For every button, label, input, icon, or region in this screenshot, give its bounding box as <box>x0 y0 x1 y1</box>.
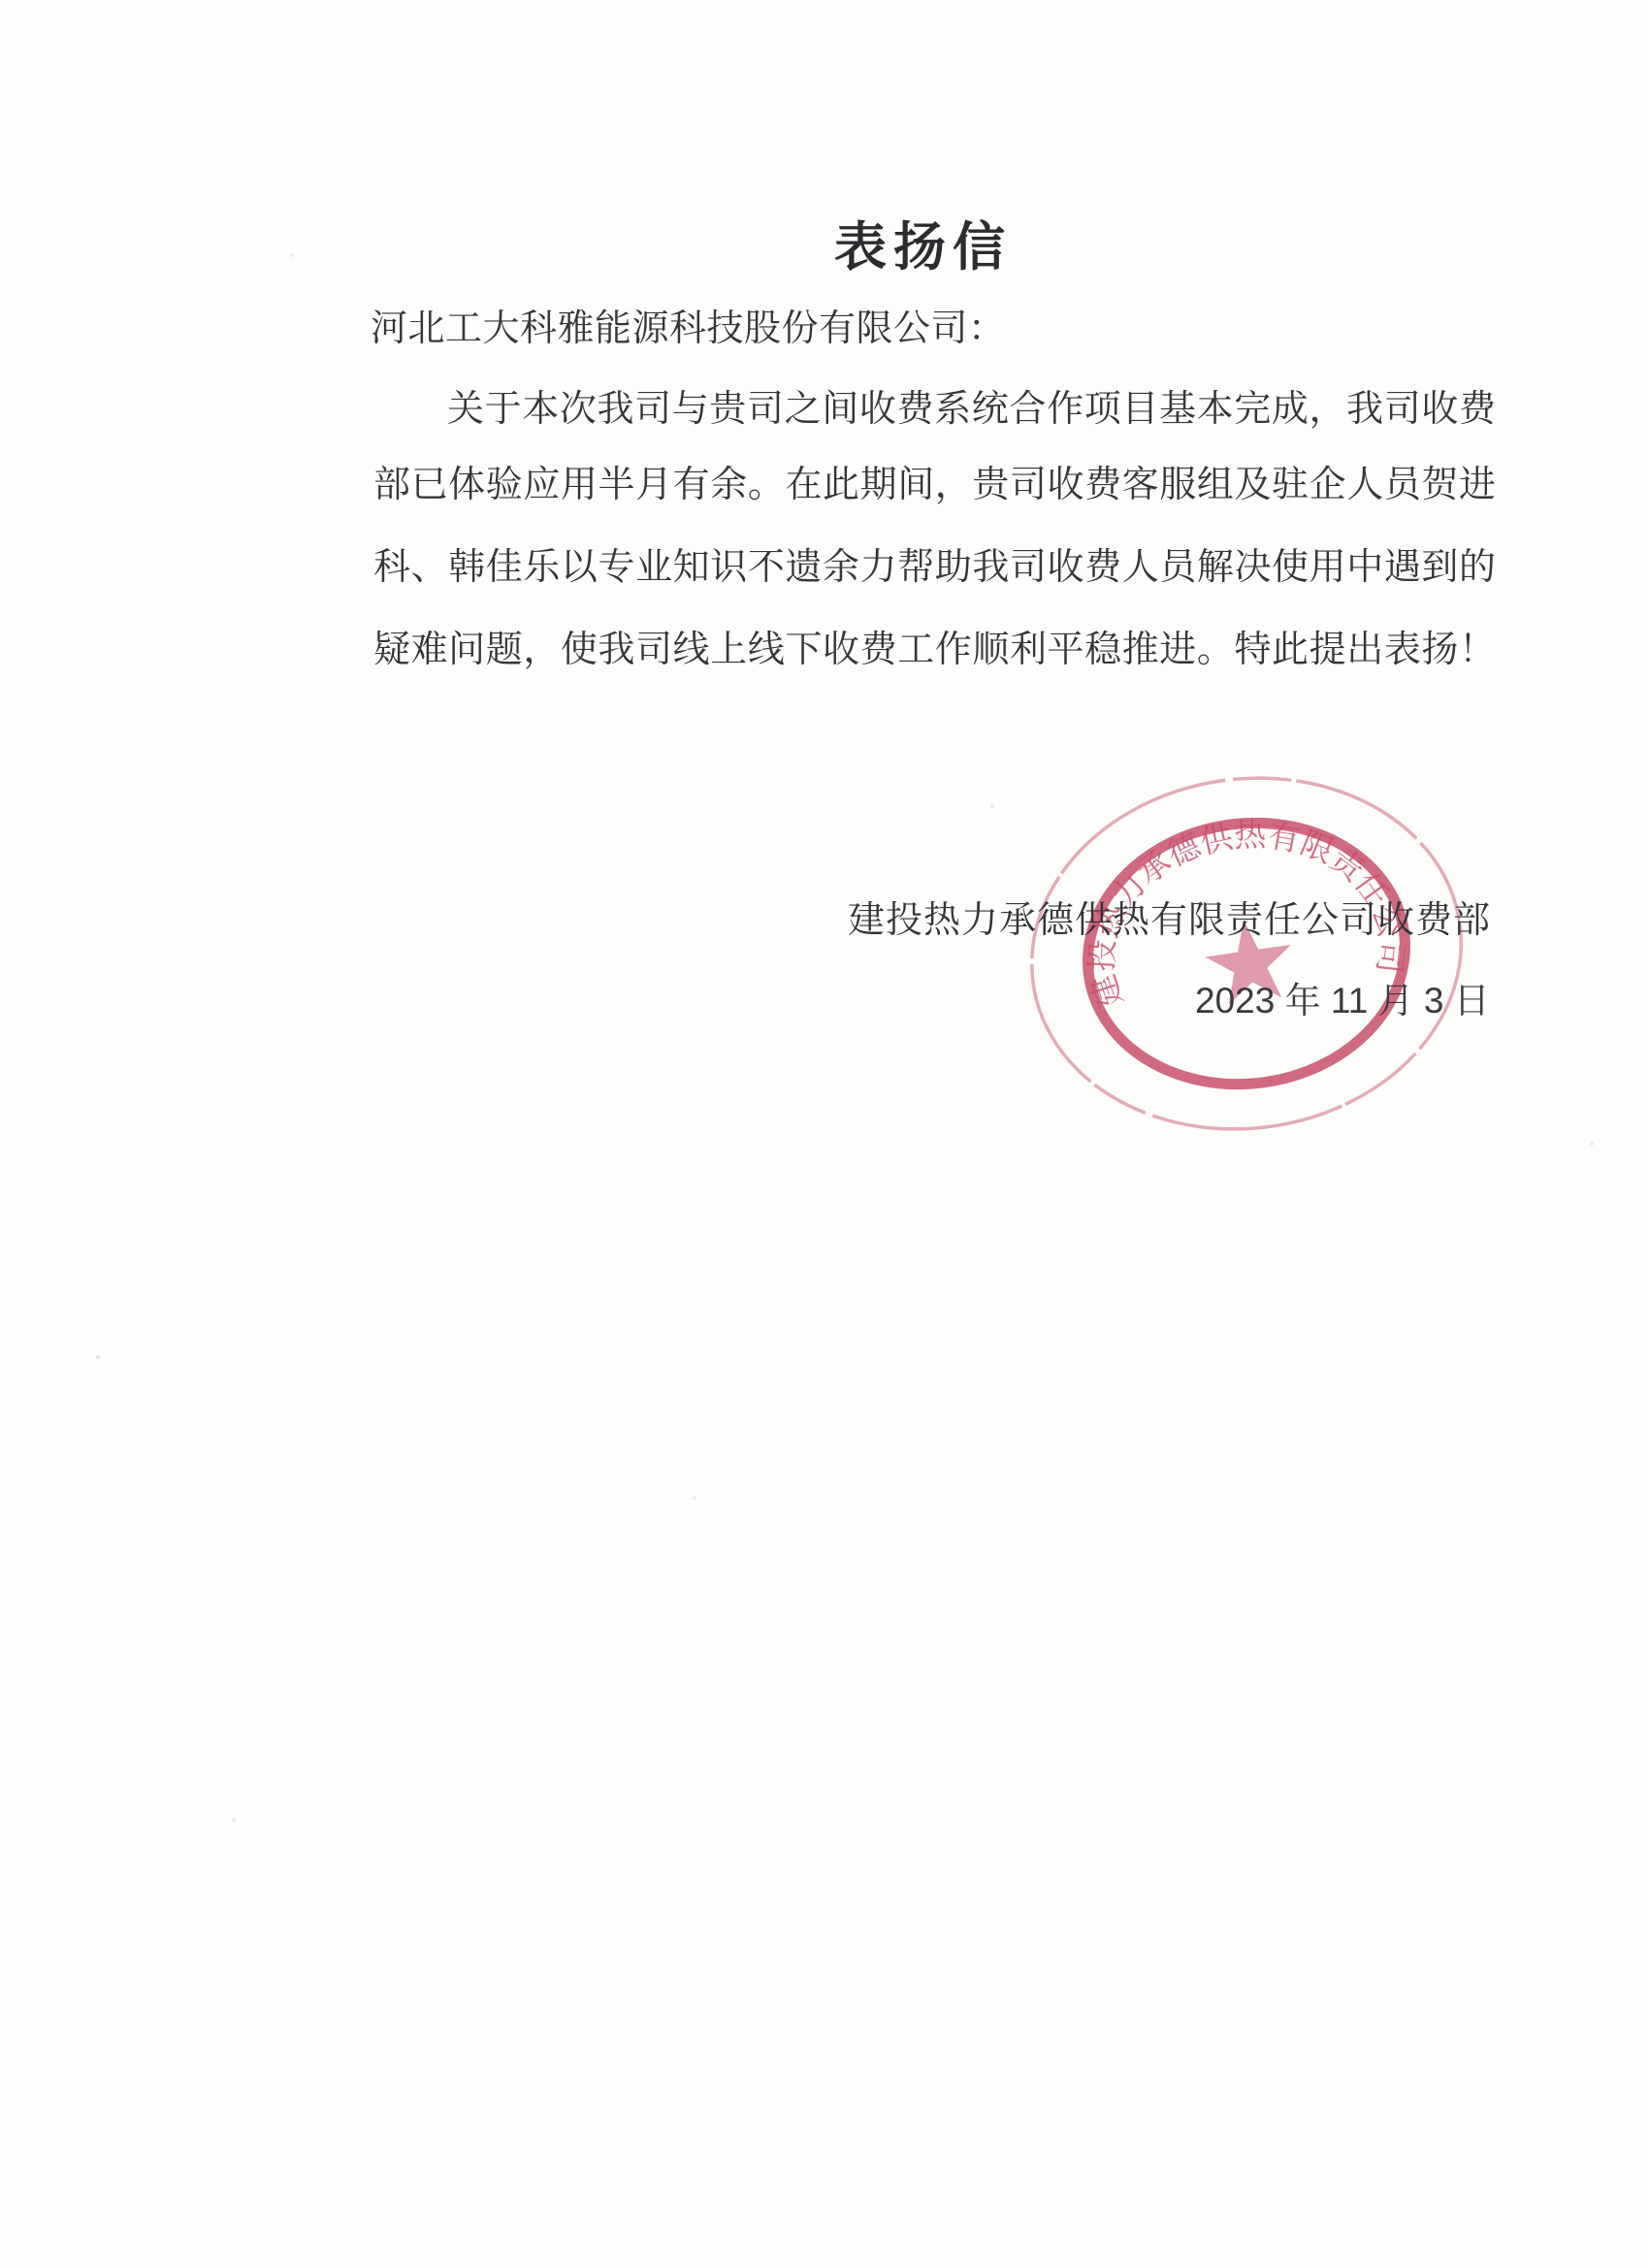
company-seal-stamp: 建投热力承德供热有限责任公司 <box>1009 745 1494 1162</box>
letter-title: 表扬信 <box>834 206 1012 280</box>
date-line: 2023 年 11 月 3 日 <box>1195 971 1490 1023</box>
signature-line: 建投热力承德供热有限责任公司收费部 <box>848 890 1491 943</box>
body-line-2: 部已体验应用半月有余。在此期间，贵司收费客服组及驻企人员贺进 <box>373 463 1496 507</box>
body-line-1: 关于本次我司与贵司之间收费系统合作项目基本完成，我司收费 <box>373 387 1496 432</box>
letter-page: 表扬信 河北工大科雅能源科技股份有限公司： 关于本次我司与贵司之间收费系统合作项… <box>0 0 1649 2268</box>
scan-noise <box>0 0 2 2</box>
recipient-line: 河北工大科雅能源科技股份有限公司： <box>371 298 1006 351</box>
body-line-4: 疑难问题，使我司线上线下收费工作顺利平稳推进。特此提出表扬！ <box>373 628 1496 672</box>
body-line-3: 科、韩佳乐以专业知识不遗余力帮助我司收费人员解决使用中遇到的 <box>373 545 1496 590</box>
